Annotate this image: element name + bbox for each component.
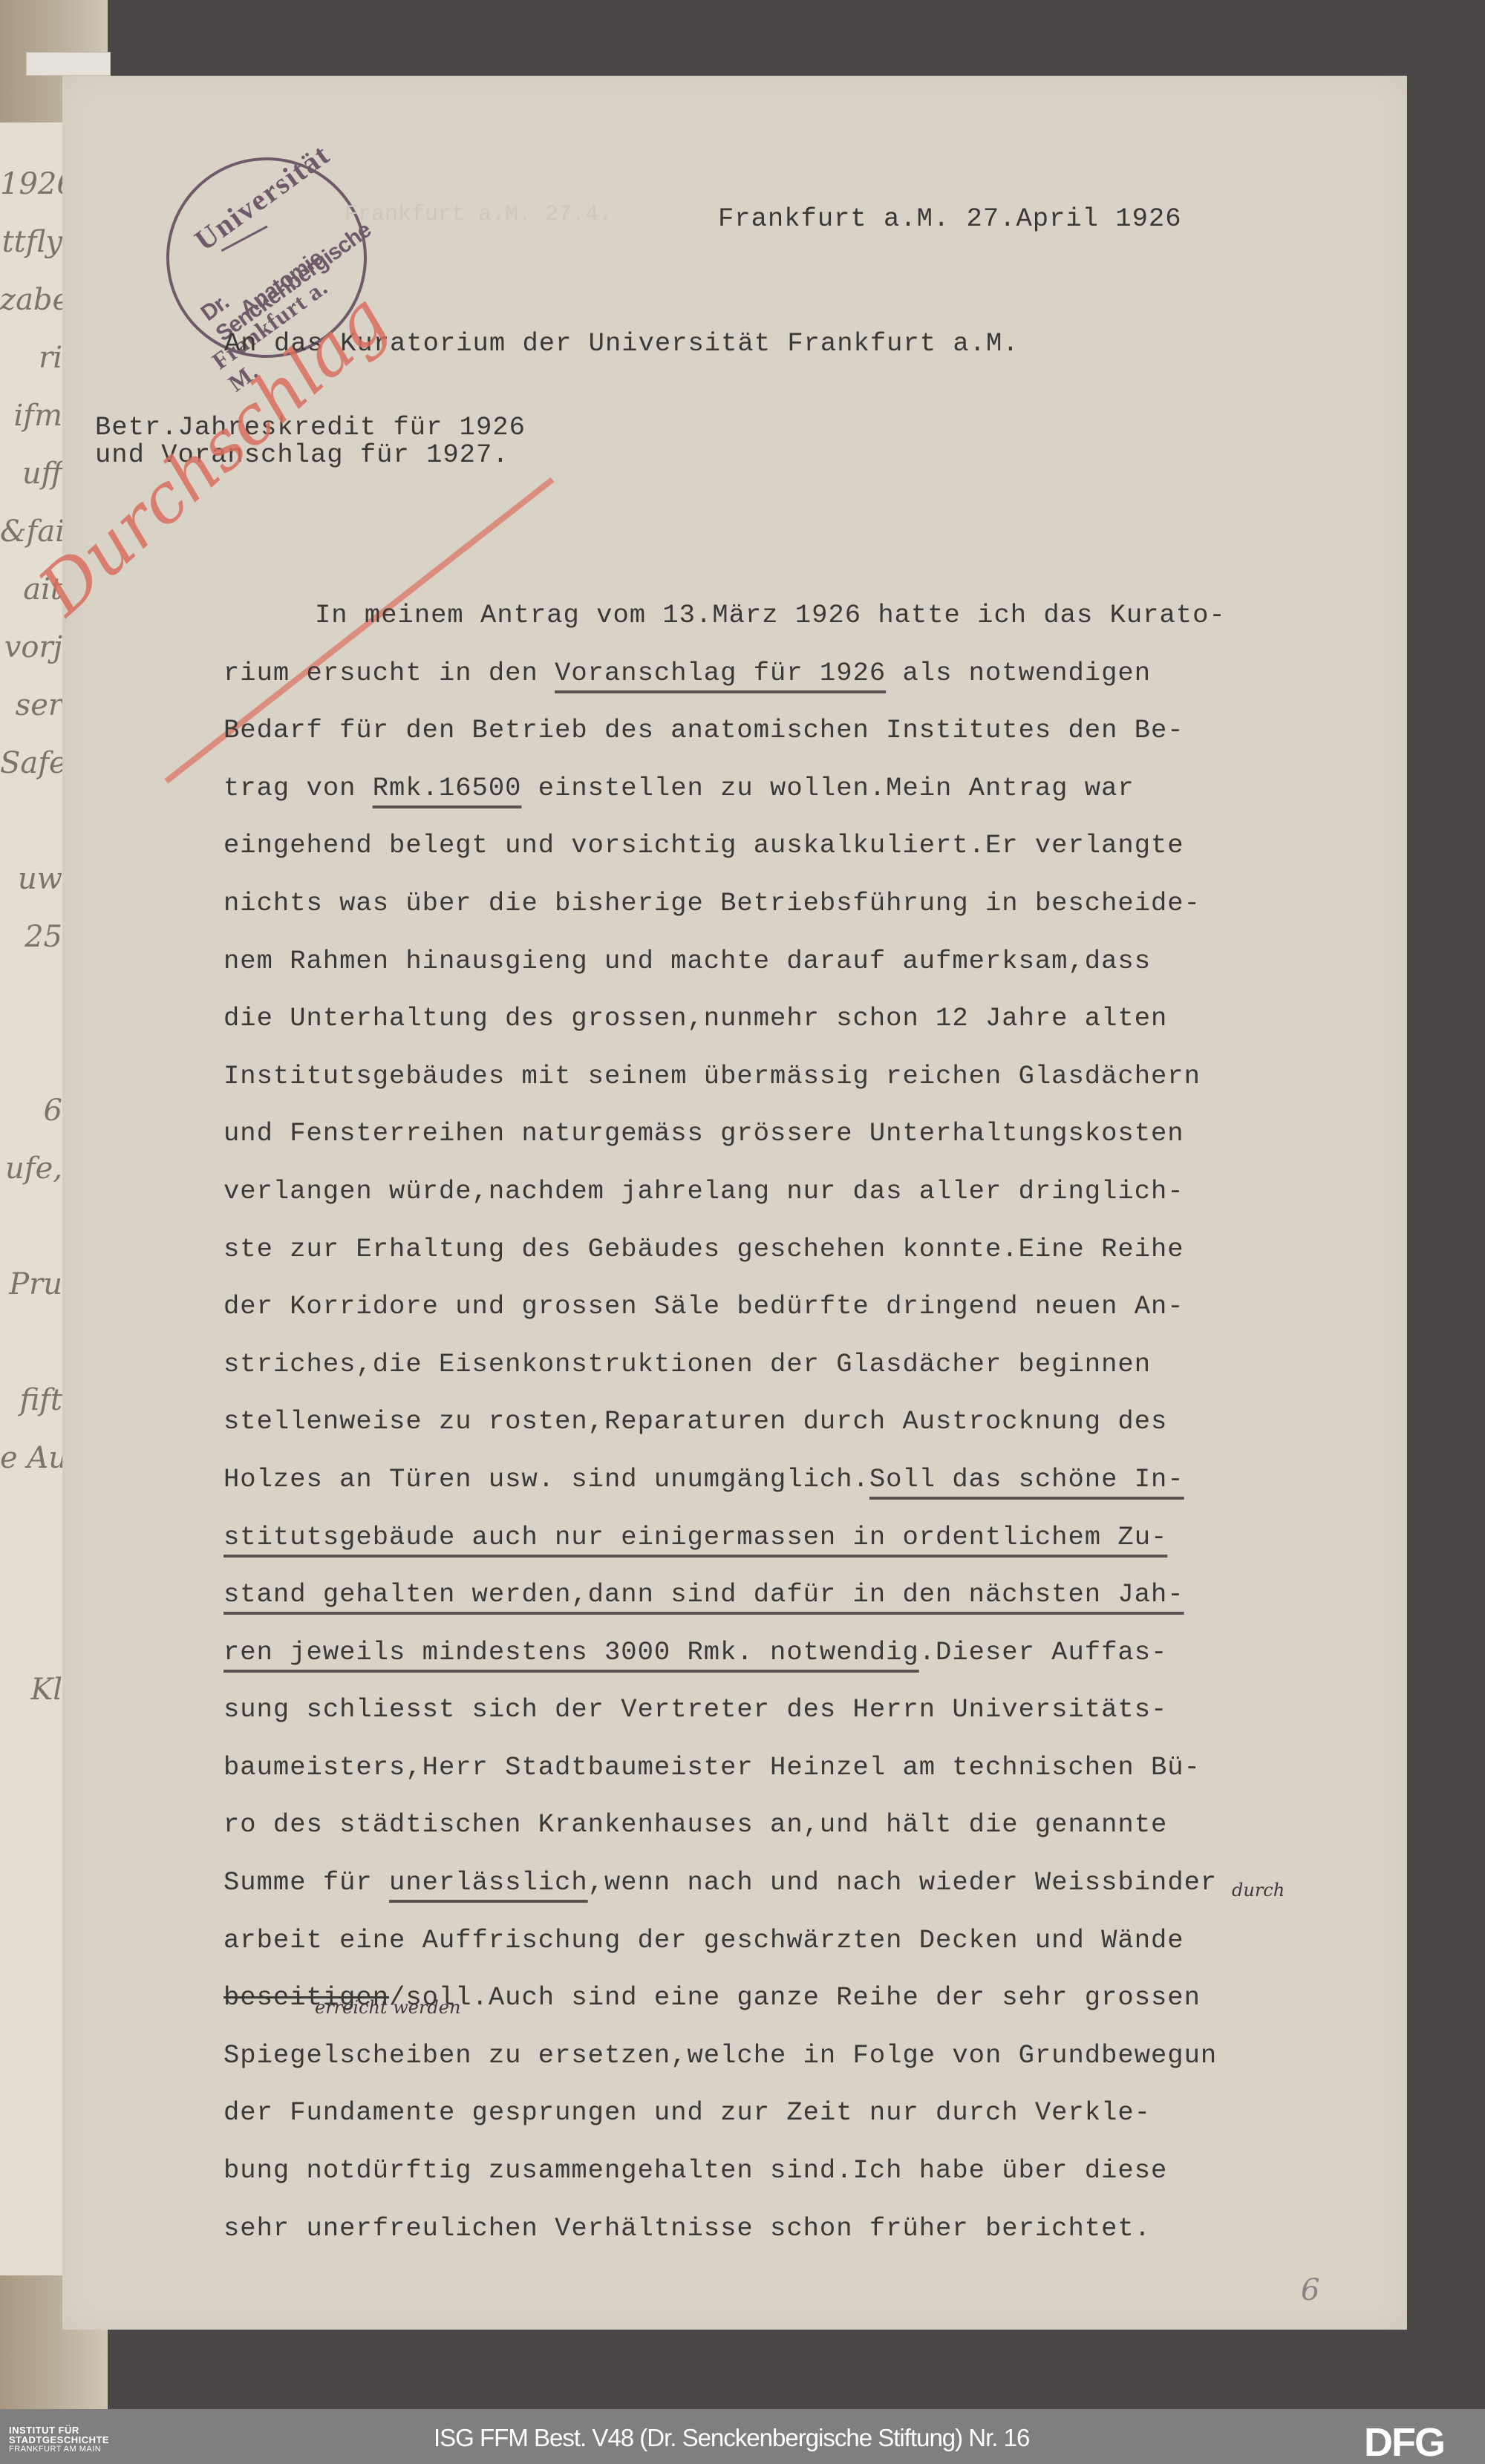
body-line: ste zur Erhaltung des Gebäudes geschehen… xyxy=(223,1220,1226,1278)
body-text-segment: .Dieser Auffas- xyxy=(919,1637,1168,1667)
underlying-handwritten-sheet: 1926ttflyzaberiifmuff&faiaitvorjserSafeu… xyxy=(0,122,64,2275)
body-text-segment: rium ersucht in den xyxy=(223,658,555,688)
underlined-passage: Rmk.16500 xyxy=(373,773,522,803)
body-line: die Unterhaltung des grossen,nunmehr sch… xyxy=(223,990,1226,1048)
body-line: sehr unerfreulichen Verhältnisse schon f… xyxy=(223,2200,1226,2258)
body-line: nichts was über die bisherige Betriebsfü… xyxy=(223,875,1226,932)
underlined-passage: Voranschlag für 1926 xyxy=(555,658,886,688)
body-line: stand gehalten werden,dann sind dafür in… xyxy=(223,1566,1226,1624)
underlined-passage: unerlässlich xyxy=(389,1867,588,1898)
body-text-segment: der Fundamente gesprungen und zur Zeit n… xyxy=(223,2097,1151,2128)
institute-logo: INSTITUT FÜR STADTGESCHICHTE FRANKFURT A… xyxy=(9,2425,109,2454)
body-text-segment: der Korridore und grossen Säle bedürfte … xyxy=(223,1291,1184,1321)
body-line: sung schliesst sich der Vertreter des He… xyxy=(223,1681,1226,1739)
handwritten-insertion-durch: durch xyxy=(1232,1880,1285,1901)
body-text-segment: einstellen zu wollen.Mein Antrag war xyxy=(521,773,1134,803)
handwriting-fragment: ufe, xyxy=(0,1151,62,1186)
handwriting-fragment: fift xyxy=(0,1383,62,1417)
body-line: arbeit eine Auffrischung der geschwärzte… xyxy=(223,1912,1226,1970)
body-line: der Fundamente gesprungen und zur Zeit n… xyxy=(223,2084,1226,2142)
page-number: 6 xyxy=(1301,2273,1319,2307)
body-text-segment: In meinem Antrag vom 13.März 1926 hatte … xyxy=(315,600,1226,630)
handwriting-fragment: vorj xyxy=(0,630,62,664)
body-text-segment: arbeit eine Auffrischung der geschwärzte… xyxy=(223,1925,1184,1955)
handwriting-fragment: Safe xyxy=(0,746,62,780)
handwritten-insertion-erreicht-werden: erreicht werden xyxy=(315,1997,460,2018)
handwriting-fragment: uff xyxy=(0,457,62,491)
institute-logo-line-3: FRANKFURT AM MAIN xyxy=(9,2445,109,2454)
body-line: rium ersucht in den Voranschlag für 1926… xyxy=(223,644,1226,702)
body-line: striches,die Eisenkonstruktionen der Gla… xyxy=(223,1336,1226,1393)
body-line: Holzes an Türen usw. sind unumgänglich.S… xyxy=(223,1451,1226,1509)
handwriting-fragment: ri xyxy=(0,341,62,375)
date-line: Frankfurt a.M. 27.April 1926 xyxy=(718,203,1182,234)
body-line: Summe für unerlässlich,wenn nach und nac… xyxy=(223,1854,1226,1912)
body-text-segment: als notwendigen xyxy=(886,658,1151,688)
body-text-segment: trag von xyxy=(223,773,373,803)
underlined-passage: Soll das schöne In- xyxy=(869,1464,1184,1494)
body-text-segment: die Unterhaltung des grossen,nunmehr sch… xyxy=(223,1003,1167,1033)
body-line: Bedarf für den Betrieb des anatomischen … xyxy=(223,702,1226,759)
body-text-segment: sung schliesst sich der Vertreter des He… xyxy=(223,1694,1167,1725)
handwriting-fragment: uw xyxy=(0,862,62,896)
handwriting-fragment: ser xyxy=(0,688,62,722)
body-text-segment: /soll.Auch sind eine ganze Reihe der seh… xyxy=(389,1982,1201,2013)
body-line: verlangen würde,nachdem jahrelang nur da… xyxy=(223,1163,1226,1220)
underlined-passage: stitutsgebäude auch nur einigermassen in… xyxy=(223,1522,1167,1552)
body-line: ro des städtischen Krankenhauses an,und … xyxy=(223,1796,1226,1854)
ghost-impression: Frankfurt a.M. 27.4. xyxy=(345,202,612,227)
underlined-passage: stand gehalten werden,dann sind dafür in… xyxy=(223,1579,1184,1610)
body-line: In meinem Antrag vom 13.März 1926 hatte … xyxy=(315,586,1226,644)
body-line: ren jeweils mindestens 3000 Rmk. notwend… xyxy=(223,1624,1226,1682)
body-text-segment: striches,die Eisenkonstruktionen der Gla… xyxy=(223,1349,1151,1379)
handwriting-fragment: zabe xyxy=(0,283,62,317)
body-text-segment: baumeisters,Herr Stadtbaumeister Heinzel… xyxy=(223,1752,1201,1782)
body-line: stitutsgebäude auch nur einigermassen in… xyxy=(223,1509,1226,1566)
body-line: trag von Rmk.16500 einstellen zu wollen.… xyxy=(223,759,1226,817)
letter-page: Universität Dr. Senckenbergische Anatomi… xyxy=(62,76,1407,2330)
body-text-segment: ,wenn nach und nach wieder Weissbinder xyxy=(588,1867,1218,1898)
dfg-logo: DFG xyxy=(1364,2419,1444,2464)
body-text-segment: Spiegelscheiben zu ersetzen,welche in Fo… xyxy=(223,2040,1217,2071)
body-line: Institutsgebäudes mit seinem übermässig … xyxy=(223,1048,1226,1105)
body-text-segment: bung notdürftig zusammengehalten sind.Ic… xyxy=(223,2155,1167,2186)
handwriting-fragment: ttfly xyxy=(0,225,62,259)
body-text-segment: und Fensterreihen naturgemäss grössere U… xyxy=(223,1118,1184,1148)
body-line: eingehend belegt und vorsichtig auskalku… xyxy=(223,817,1226,875)
body-text-segment: eingehend belegt und vorsichtig auskalku… xyxy=(223,830,1184,860)
paper-tab xyxy=(26,52,111,76)
body-line: und Fensterreihen naturgemäss grössere U… xyxy=(223,1105,1226,1163)
body-text-segment: nichts was über die bisherige Betriebsfü… xyxy=(223,888,1201,918)
body-line: Spiegelscheiben zu ersetzen,welche in Fo… xyxy=(223,2027,1226,2085)
archive-footer-bar: INSTITUT FÜR STADTGESCHICHTE FRANKFURT A… xyxy=(0,2409,1485,2464)
body-text-segment: ste zur Erhaltung des Gebäudes geschehen… xyxy=(223,1234,1184,1264)
body-text-segment: nem Rahmen hinausgieng und machte darauf… xyxy=(223,946,1151,976)
body-text-segment: stellenweise zu rosten,Reparaturen durch… xyxy=(223,1406,1167,1437)
body-line: bung notdürftig zusammengehalten sind.Ic… xyxy=(223,2142,1226,2200)
handwriting-fragment: ifm xyxy=(0,399,62,433)
body-line: baumeisters,Herr Stadtbaumeister Heinzel… xyxy=(223,1739,1226,1797)
handwriting-fragment: Kl xyxy=(0,1673,62,1707)
body-line: der Korridore und grossen Säle bedürfte … xyxy=(223,1278,1226,1336)
body-text-segment: ro des städtischen Krankenhauses an,und … xyxy=(223,1809,1167,1840)
archive-caption: ISG FFM Best. V48 (Dr. Senckenbergische … xyxy=(434,2424,1029,2452)
body-text-segment: sehr unerfreulichen Verhältnisse schon f… xyxy=(223,2213,1151,2244)
handwriting-fragment: e Au xyxy=(0,1441,62,1475)
body-line: stellenweise zu rosten,Reparaturen durch… xyxy=(223,1393,1226,1451)
body-line: nem Rahmen hinausgieng und machte darauf… xyxy=(223,932,1226,990)
institute-logo-line-2: STADTGESCHICHTE xyxy=(9,2435,109,2445)
handwriting-fragment: &fai xyxy=(0,514,62,549)
body-text-segment: Institutsgebäudes mit seinem übermässig … xyxy=(223,1061,1201,1091)
underlined-passage: ren jeweils mindestens 3000 Rmk. notwend… xyxy=(223,1637,919,1667)
handwriting-fragment: 6 xyxy=(0,1094,62,1128)
body-text-segment: verlangen würde,nachdem jahrelang nur da… xyxy=(223,1176,1184,1206)
handwriting-fragment: Pru xyxy=(0,1267,62,1301)
body-text-segment: Bedarf für den Betrieb des anatomischen … xyxy=(223,715,1184,745)
body-text-segment: Summe für xyxy=(223,1867,389,1898)
handwriting-fragment: 1926 xyxy=(0,167,62,201)
handwriting-fragment: 25 xyxy=(0,920,62,954)
body-text-segment: Holzes an Türen usw. sind unumgänglich. xyxy=(223,1464,869,1494)
